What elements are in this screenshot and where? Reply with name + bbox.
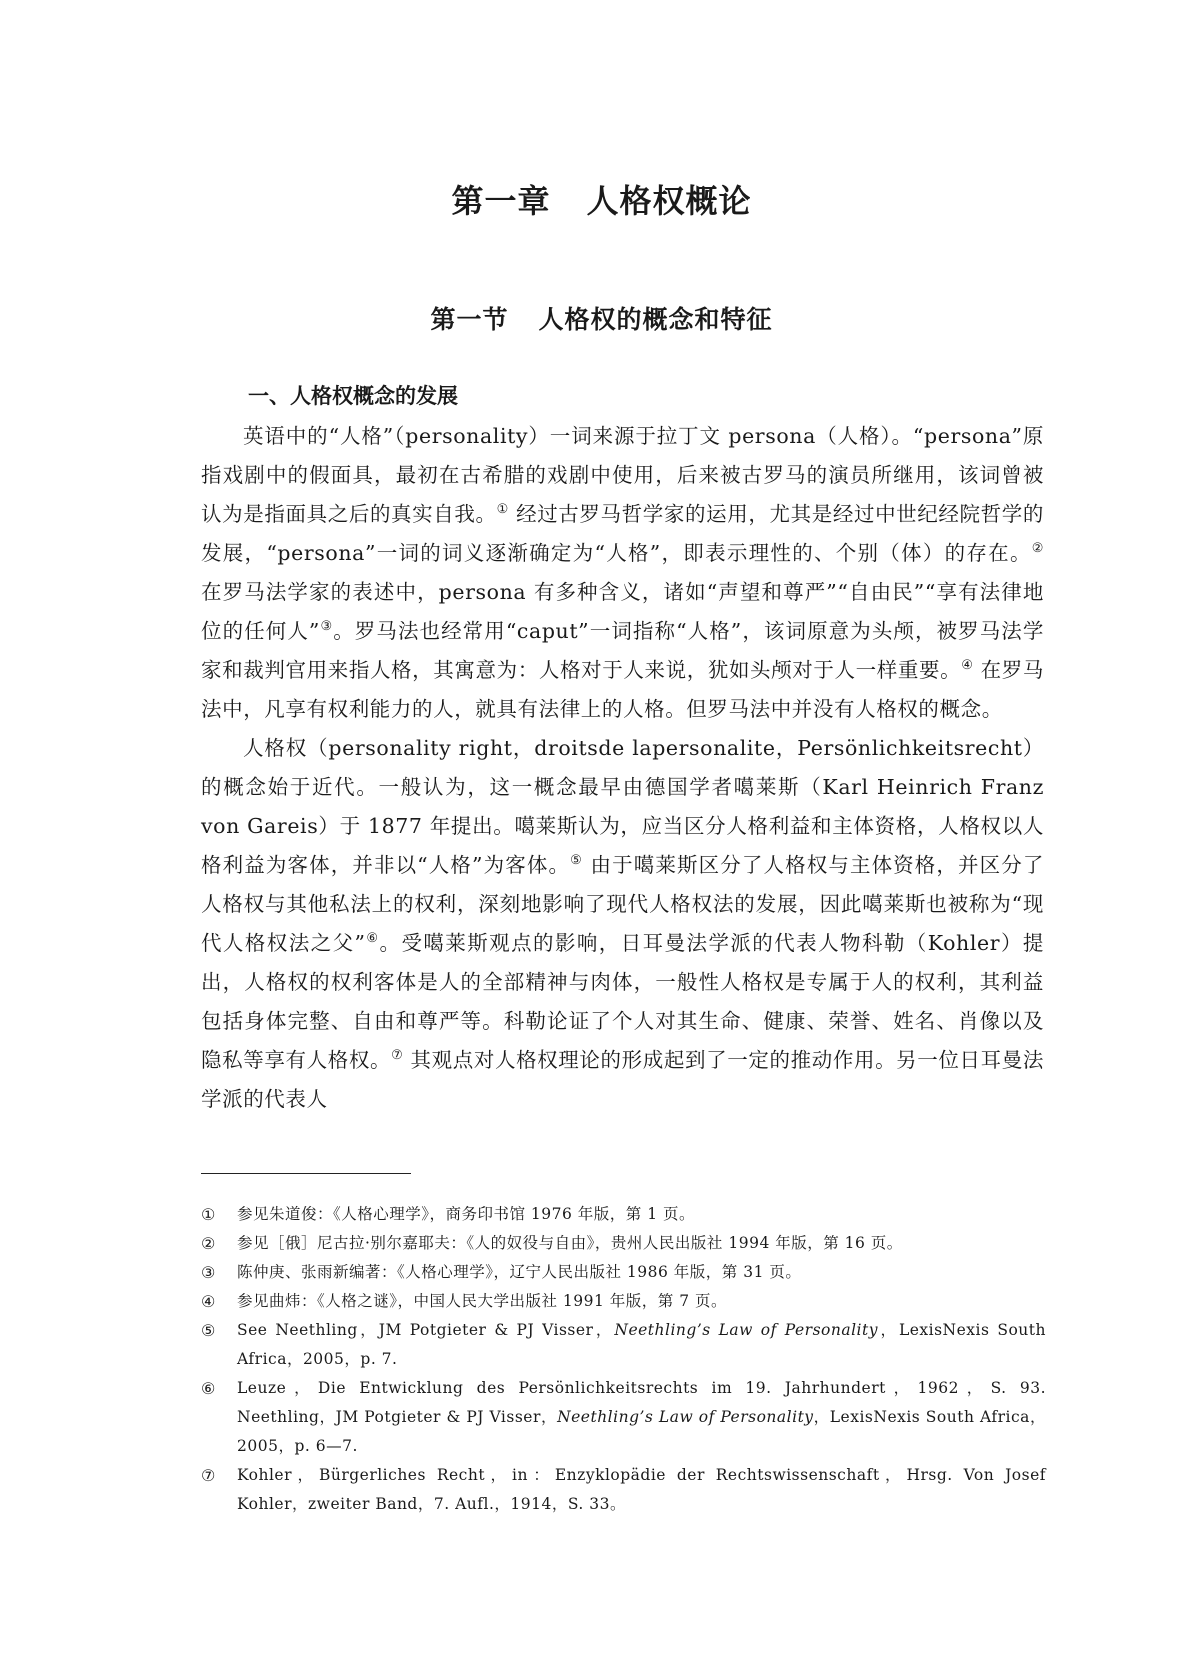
chapter-name: 人格权概论 [587, 182, 752, 220]
document-page: 第一章人格权概论 第一节人格权的概念和特征 一、人格权概念的发展 英语中的“人格… [0, 0, 1203, 1675]
footnote-number: ② [201, 1229, 237, 1258]
footnote-text: See Neethling，JM Potgieter & PJ Visser，N… [237, 1316, 1046, 1374]
body-paragraph: 人格权（personality right，droitsde lapersona… [201, 729, 1044, 1119]
footnote-item: ⑥Leuze，Die Entwicklung des Persönlichkei… [201, 1374, 1046, 1461]
footnote-item: ③陈仲庚、张雨新编著：《人格心理学》，辽宁人民出版社 1986 年版，第 31 … [201, 1258, 1046, 1287]
footnote-book-title: Neethling’s Law of Personality [614, 1321, 878, 1339]
footnote-text: 参见曲炜：《人格之谜》，中国人民大学出版社 1991 年版，第 7 页。 [237, 1287, 1046, 1316]
chapter-title: 第一章人格权概论 [0, 176, 1203, 222]
footnote-text-segment: See Neethling，JM Potgieter & PJ Visser， [237, 1321, 614, 1339]
footnote-reference[interactable]: ⑥ [366, 931, 380, 946]
section-number: 第一节 [430, 305, 508, 334]
footnote-text: 参见朱道俊：《人格心理学》，商务印书馆 1976 年版，第 1 页。 [237, 1200, 1046, 1229]
footnote-reference[interactable]: ① [497, 502, 509, 517]
body-paragraph: 英语中的“人格”（personality）一词来源于拉丁文 persona（人格… [201, 417, 1044, 729]
footnote-reference[interactable]: ⑤ [570, 853, 583, 868]
footnote-text: Leuze，Die Entwicklung des Persönlichkeit… [237, 1374, 1046, 1461]
footnote-number: ⑦ [201, 1461, 237, 1490]
footnote-reference[interactable]: ③ [320, 619, 333, 634]
footnote-number: ⑤ [201, 1316, 237, 1345]
footnote-reference[interactable]: ④ [961, 658, 973, 673]
footnote-text: 参见［俄］尼古拉·别尔嘉耶夫：《人的奴役与自由》，贵州人民出版社 1994 年版… [237, 1229, 1046, 1258]
section-title: 第一节人格权的概念和特征 [0, 300, 1203, 336]
footnote-text-segment: 参见［俄］尼古拉·别尔嘉耶夫：《人的奴役与自由》，贵州人民出版社 1994 年版… [237, 1234, 903, 1252]
footnote-book-title: Neethling’s Law of Personality [557, 1408, 814, 1426]
subsection-title: 一、人格权概念的发展 [248, 380, 458, 410]
footnote-item: ②参见［俄］尼古拉·别尔嘉耶夫：《人的奴役与自由》，贵州人民出版社 1994 年… [201, 1229, 1046, 1258]
footnote-number: ③ [201, 1258, 237, 1287]
footnote-reference[interactable]: ⑦ [391, 1048, 403, 1063]
footnote-number: ① [201, 1200, 237, 1229]
footnote-text: Kohler，Bürgerliches Recht，in：Enzyklopädi… [237, 1461, 1046, 1519]
footnote-item: ⑦Kohler，Bürgerliches Recht，in：Enzyklopäd… [201, 1461, 1046, 1519]
footnote-item: ①参见朱道俊：《人格心理学》，商务印书馆 1976 年版，第 1 页。 [201, 1200, 1046, 1229]
footnote-text-segment: 参见曲炜：《人格之谜》，中国人民大学出版社 1991 年版，第 7 页。 [237, 1292, 727, 1310]
footnote-text-segment: Kohler，Bürgerliches Recht，in：Enzyklopädi… [237, 1466, 1046, 1513]
chapter-number: 第一章 [451, 182, 550, 220]
footnote-divider [201, 1173, 411, 1174]
section-name: 人格权的概念和特征 [539, 305, 773, 334]
footnote-number: ⑥ [201, 1374, 237, 1403]
footnote-reference[interactable]: ② [1032, 541, 1044, 556]
footnote-text-segment: 参见朱道俊：《人格心理学》，商务印书馆 1976 年版，第 1 页。 [237, 1205, 695, 1223]
footnote-text: 陈仲庚、张雨新编著：《人格心理学》，辽宁人民出版社 1986 年版，第 31 页… [237, 1258, 1046, 1287]
footnote-item: ⑤See Neethling，JM Potgieter & PJ Visser，… [201, 1316, 1046, 1374]
footnote-text-segment: 陈仲庚、张雨新编著：《人格心理学》，辽宁人民出版社 1986 年版，第 31 页… [237, 1263, 801, 1281]
body-text: 英语中的“人格”（personality）一词来源于拉丁文 persona（人格… [201, 417, 1044, 1119]
footnotes: ①参见朱道俊：《人格心理学》，商务印书馆 1976 年版，第 1 页。②参见［俄… [201, 1200, 1046, 1519]
footnote-item: ④参见曲炜：《人格之谜》，中国人民大学出版社 1991 年版，第 7 页。 [201, 1287, 1046, 1316]
footnote-number: ④ [201, 1287, 237, 1316]
